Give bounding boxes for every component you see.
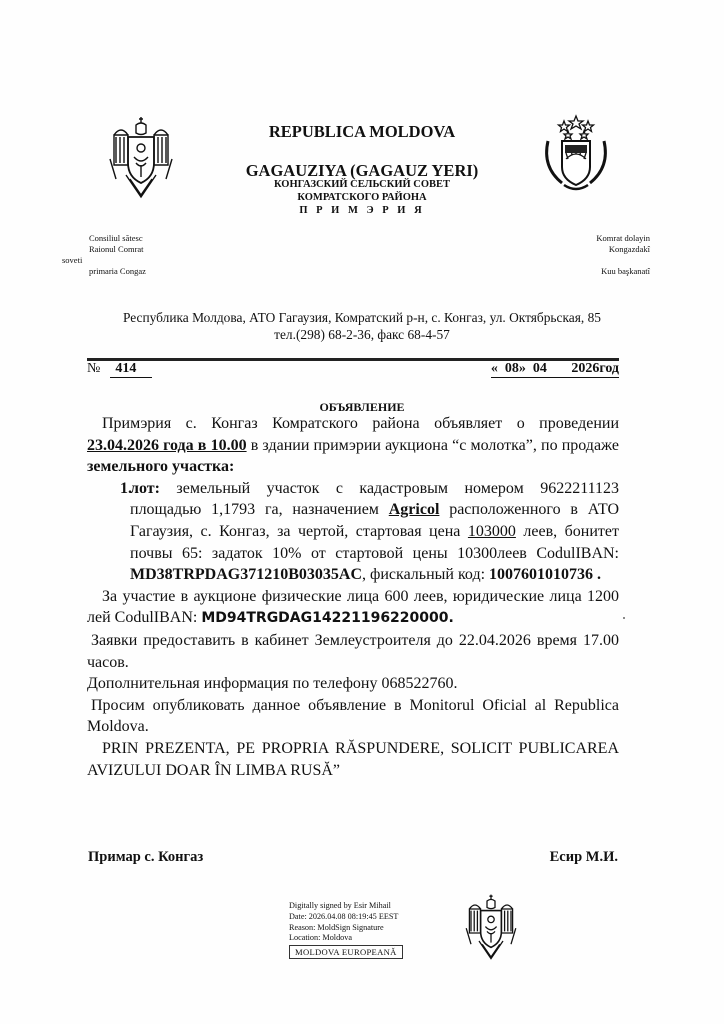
- header-left-line: soveti: [62, 255, 202, 266]
- contact-line: тел.(298) 68-2-36, факс 68-4-57: [80, 326, 644, 343]
- signatory-position: Примар с. Конгаз: [88, 849, 203, 866]
- document-page: REPUBLICA MOLDOVA GAGAUZIYA (GAGAUZ YERI…: [0, 0, 724, 1024]
- publish-request-paragraph: Просим опубликовать данное объявление в …: [87, 695, 619, 738]
- lot-text: , фискальный код:: [362, 566, 489, 583]
- auction-date: 23.04.2026 года в 10.00: [87, 437, 247, 454]
- address-line: Республика Молдова, АТО Гагаузия, Комрат…: [80, 309, 644, 326]
- signature-location: Location: Moldova: [289, 933, 403, 944]
- participation-paragraph: За участие в аукционе физические лица 60…: [87, 586, 619, 630]
- header-left-line: Raionul Comrat: [62, 244, 202, 255]
- lot-number: 1.: [120, 478, 132, 500]
- header-right-line: Komrat dolayin: [520, 233, 650, 244]
- signatory-name: Есир М.И.: [500, 849, 618, 866]
- signature-date: Date: 2026.04.08 08:19:45 EEST: [289, 912, 403, 923]
- digital-signature-block: Digitally signed by Esir Mihail Date: 20…: [289, 901, 403, 959]
- declaration-paragraph: PRIN PREZENTA, PE PROPRIA RĂSPUNDERE, SO…: [87, 738, 619, 781]
- header-left-block: Consiliul sătesc Raionul Comrat soveti p…: [62, 233, 202, 277]
- intro-text: Примэрия с. Конгаз Комратского района об…: [102, 415, 619, 432]
- lot-fiscal-code: 1007601010736 .: [489, 566, 601, 583]
- header-region: GAGAUZIYA (GAGAUZ YERI): [150, 161, 574, 181]
- header-left-line: Consiliul sătesc: [62, 233, 202, 244]
- header-right-block: Komrat dolayin Kongazdakî Kuu başkanatî: [520, 233, 650, 277]
- signature-stamp: MOLDOVA EUROPEANĂ: [289, 945, 403, 959]
- header-right-line: Kuu başkanatî: [520, 266, 650, 277]
- header-left-line: primaria Congaz: [62, 266, 202, 277]
- registry-line: №414 « 08» 04 2026год: [87, 361, 619, 378]
- intro-text: в здании примэрии аукциона “с молотка”, …: [247, 437, 619, 454]
- lot-start-price: 103000: [468, 523, 516, 540]
- lot-purpose: Agricol: [389, 501, 440, 518]
- lot-item: 1.лот: земельный участок с кадастровым н…: [87, 478, 619, 586]
- lot-label: лот:: [130, 480, 160, 497]
- intro-subject: земельного участка:: [87, 458, 234, 475]
- intro-paragraph: Примэрия с. Конгаз Комратского района об…: [87, 413, 619, 478]
- header-council: КОНГАЗСКИЙ СЕЛЬСКИЙ СОВЕТ: [150, 179, 574, 190]
- header-primaria: П Р И М Э Р И Я: [150, 205, 574, 216]
- scan-speck: [623, 617, 625, 619]
- registry-date: « 08» 04 2026год: [491, 361, 619, 378]
- signed-by: Digitally signed by Esir Mihail: [289, 901, 403, 912]
- header-right-line: Kongazdakî: [520, 244, 650, 255]
- announcement-body: Примэрия с. Конгаз Комратского района об…: [87, 413, 619, 781]
- header-country: REPUBLICA MOLDOVA: [150, 122, 574, 142]
- applications-paragraph: Заявки предоставить в кабинет Землеустро…: [87, 630, 619, 673]
- number-sign: №: [87, 361, 100, 376]
- lot-iban: MD38TRPDAG371210B03035AC: [130, 566, 362, 583]
- phone-paragraph: Дополнительная информация по телефону 06…: [87, 673, 619, 695]
- moldova-coat-of-arms-icon: [463, 893, 519, 965]
- header-district: КОМРАТСКОГО РАЙОНА: [150, 192, 574, 203]
- address-block: Республика Молдова, АТО Гагаузия, Комрат…: [80, 309, 644, 343]
- registry-number: 414: [110, 361, 152, 378]
- participation-iban: MD94TRGDAG14221196220000.: [201, 610, 454, 626]
- signature-reason: Reason: MoldSign Signature: [289, 923, 403, 934]
